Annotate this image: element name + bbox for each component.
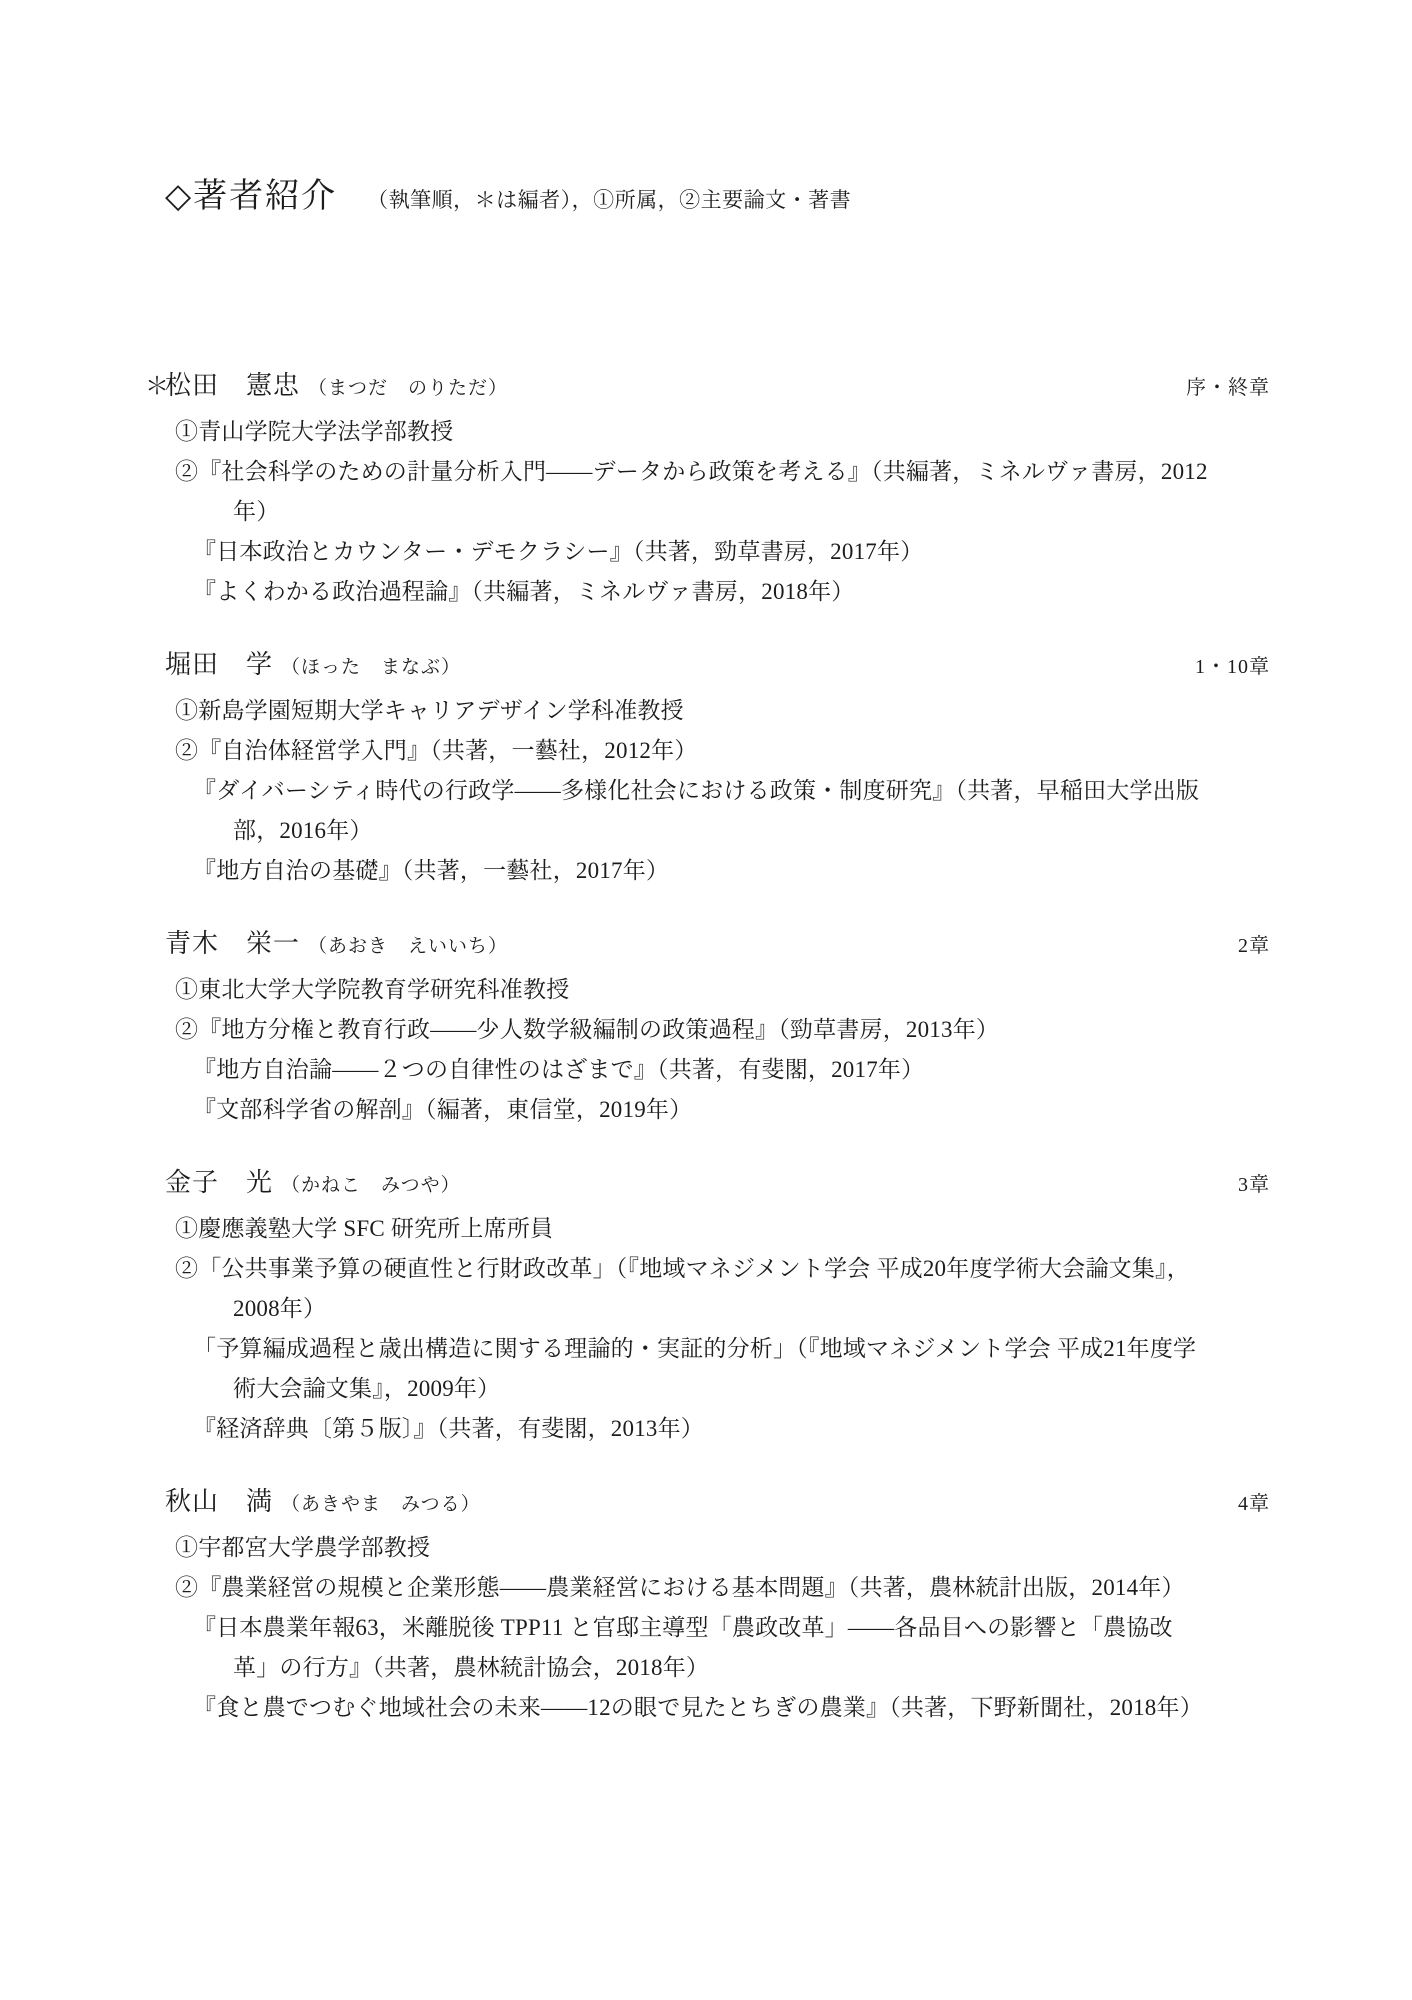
author-entry: 青木 栄一 （あおき えいいち） 2章 ①東北大学大学院教育学研究科准教授②『地… — [165, 923, 1270, 1130]
author-line: 『よくわかる政治過程論』（共編著，ミネルヴァ書房，2018年） — [175, 572, 1270, 612]
author-kana: （まつだ のりただ） — [308, 373, 508, 400]
author-line: ②『地方分権と教育行政——少人数学級編制の政策過程』（勁草書房，2013年） — [175, 1010, 1270, 1050]
author-header: 堀田 学 （ほった まなぶ） 1・10章 — [145, 644, 1270, 681]
page-subtitle: （執筆順，＊は編者），①所属，②主要論文・著書 — [367, 184, 851, 214]
author-entry: ＊ 松田 憲忠 （まつだ のりただ） 序・終章 ①青山学院大学法学部教授②『社会… — [165, 365, 1270, 612]
author-line: ②「公共事業予算の硬直性と行財政改革」（『地域マネジメント学会 平成20年度学術… — [175, 1249, 1270, 1289]
author-line: 『地方自治の基礎』（共著，一藝社，2017年） — [175, 851, 1270, 891]
author-chapter-label: 序・終章 — [1186, 371, 1270, 400]
author-line: ①新島学園短期大学キャリアデザイン学科准教授 — [175, 691, 1270, 731]
author-line: 『日本政治とカウンター・デモクラシー』（共著，勁草書房，2017年） — [175, 532, 1270, 572]
author-chapter-label: 3章 — [1238, 1168, 1270, 1197]
author-line: ①青山学院大学法学部教授 — [175, 412, 1270, 452]
author-line: 年） — [175, 492, 1270, 532]
author-kana: （あおき えいいち） — [308, 931, 508, 958]
author-line: 『地方自治論——２つの自律性のはざまで』（共著，有斐閣，2017年） — [175, 1050, 1270, 1090]
author-name: 松田 憲忠 — [165, 365, 300, 402]
page-title: ◇著者紹介 — [165, 168, 337, 217]
author-name: 金子 光 — [165, 1162, 273, 1199]
author-header: ＊ 松田 憲忠 （まつだ のりただ） 序・終章 — [145, 365, 1270, 402]
author-line: ②『自治体経営学入門』（共著，一藝社，2012年） — [175, 731, 1270, 771]
author-line: ②『農業経営の規模と企業形態——農業経営における基本問題』（共著，農林統計出版，… — [175, 1568, 1270, 1608]
book-page: ◇著者紹介 （執筆順，＊は編者），①所属，②主要論文・著書 ＊ 松田 憲忠 （ま… — [0, 0, 1412, 2000]
author-line: 「予算編成過程と歳出構造に関する理論的・実証的分析」（『地域マネジメント学会 平… — [175, 1329, 1270, 1369]
author-kana: （ほった まなぶ） — [281, 652, 461, 679]
author-chapter-label: 2章 — [1238, 929, 1270, 958]
author-line: ①東北大学大学院教育学研究科准教授 — [175, 970, 1270, 1010]
author-header: 秋山 満 （あきやま みつる） 4章 — [145, 1481, 1270, 1518]
author-line: 革」の行方』（共著，農林統計協会，2018年） — [175, 1648, 1270, 1688]
author-chapter-label: 4章 — [1238, 1487, 1270, 1516]
author-name: 青木 栄一 — [165, 923, 300, 960]
author-entry: 堀田 学 （ほった まなぶ） 1・10章 ①新島学園短期大学キャリアデザイン学科… — [165, 644, 1270, 891]
author-lines: ①東北大学大学院教育学研究科准教授②『地方分権と教育行政——少人数学級編制の政策… — [165, 970, 1270, 1130]
author-line: 『ダイバーシティ時代の行政学——多様化社会における政策・制度研究』（共著，早稲田… — [175, 771, 1270, 811]
author-entry: 金子 光 （かねこ みつや） 3章 ①慶應義塾大学 SFC 研究所上席所員②「公… — [165, 1162, 1270, 1449]
author-list: ＊ 松田 憲忠 （まつだ のりただ） 序・終章 ①青山学院大学法学部教授②『社会… — [165, 365, 1270, 1728]
author-chapter-label: 1・10章 — [1195, 650, 1270, 679]
author-line: ①慶應義塾大学 SFC 研究所上席所員 — [175, 1209, 1270, 1249]
author-lines: ①青山学院大学法学部教授②『社会科学のための計量分析入門——データから政策を考え… — [165, 412, 1270, 612]
author-kana: （かねこ みつや） — [281, 1170, 461, 1197]
author-header: 金子 光 （かねこ みつや） 3章 — [145, 1162, 1270, 1199]
author-line: 『経済辞典〔第５版〕』（共著，有斐閣，2013年） — [175, 1409, 1270, 1449]
author-name: 堀田 学 — [165, 644, 273, 681]
author-kana: （あきやま みつる） — [281, 1489, 481, 1516]
author-name: 秋山 満 — [165, 1481, 273, 1518]
author-header: 青木 栄一 （あおき えいいち） 2章 — [145, 923, 1270, 960]
author-line: 2008年） — [175, 1289, 1270, 1329]
author-lines: ①新島学園短期大学キャリアデザイン学科准教授②『自治体経営学入門』（共著，一藝社… — [165, 691, 1270, 891]
author-line: 『日本農業年報63，米離脱後 TPP11 と官邸主導型「農政改革」——各品目への… — [175, 1608, 1270, 1648]
author-line: 『食と農でつむぐ地域社会の未来——12の眼で見たとちぎの農業』（共著，下野新聞社… — [175, 1688, 1270, 1728]
author-editor-mark: ＊ — [145, 366, 165, 401]
author-line: ①宇都宮大学農学部教授 — [175, 1528, 1270, 1568]
author-lines: ①慶應義塾大学 SFC 研究所上席所員②「公共事業予算の硬直性と行財政改革」（『… — [165, 1209, 1270, 1449]
author-lines: ①宇都宮大学農学部教授②『農業経営の規模と企業形態——農業経営における基本問題』… — [165, 1528, 1270, 1728]
author-line: 術大会論文集』，2009年） — [175, 1369, 1270, 1409]
author-line: 部，2016年） — [175, 811, 1270, 851]
author-entry: 秋山 満 （あきやま みつる） 4章 ①宇都宮大学農学部教授②『農業経営の規模と… — [165, 1481, 1270, 1728]
author-line: ②『社会科学のための計量分析入門——データから政策を考える』（共編著，ミネルヴァ… — [175, 452, 1270, 492]
author-line: 『文部科学省の解剖』（編著，東信堂，2019年） — [175, 1090, 1270, 1130]
page-title-row: ◇著者紹介 （執筆順，＊は編者），①所属，②主要論文・著書 — [165, 168, 1270, 217]
